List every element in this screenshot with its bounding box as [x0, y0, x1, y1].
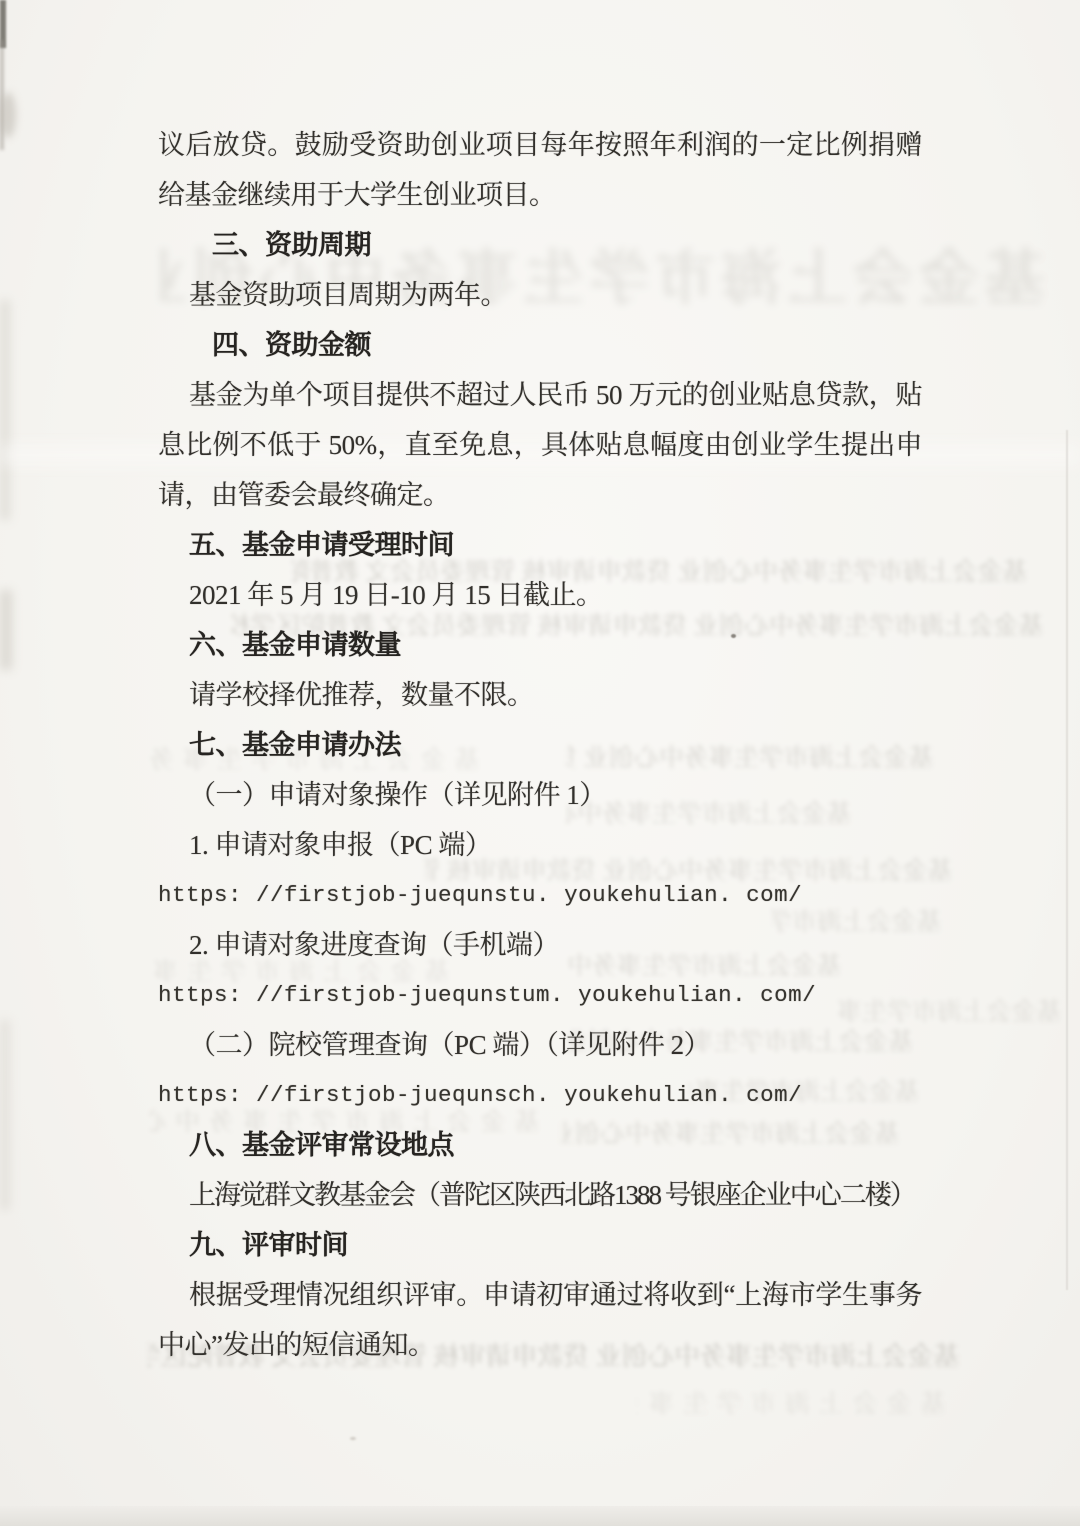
paragraph-applicant-declare-pc: 1. 申请对象申报（PC 端） [158, 820, 922, 870]
scan-smudge [0, 1020, 10, 1210]
url-school-admin: https: //firstjob-juequnsch. youkehulian… [158, 1070, 922, 1120]
scan-edge-mark [0, 0, 6, 48]
heading-application-method: 七、基金申请办法 [158, 720, 922, 770]
ink-speck [350, 1437, 356, 1440]
document-body: 议后放贷。鼓励受资助创业项目每年按照年利润的一定比例捐赠给基金继续用于大学生创业… [158, 120, 922, 1370]
paragraph-intro-continuation: 议后放贷。鼓励受资助创业项目每年按照年利润的一定比例捐赠给基金继续用于大学生创业… [158, 120, 922, 220]
paragraph-funding-period: 基金资助项目周期为两年。 [158, 270, 922, 320]
page-bottom-edge [0, 1506, 1080, 1526]
scanned-document-page: 基金会上海市学生事务中心创业 贷款申请审核 管理委员会文 教普陀区学校 项目通知… [0, 0, 1080, 1526]
url-pc-application: https: //firstjob-juequnstu. youkehulian… [158, 870, 922, 920]
heading-funding-amount: 四、资助金额 [158, 320, 922, 370]
paragraph-applicant-progress-mobile: 2. 申请对象进度查询（手机端） [158, 920, 922, 970]
heading-review-location: 八、基金评审常设地点 [158, 1120, 922, 1170]
heading-application-acceptance-time: 五、基金申请受理时间 [158, 520, 922, 570]
scan-smudge [0, 92, 16, 138]
paragraph-application-acceptance-time: 2021 年 5 月 19 日-10 月 15 日截止。 [158, 570, 922, 620]
scan-smudge [0, 300, 10, 520]
paragraph-review-time: 根据受理情况组织评审。申请初审通过将收到“上海市学生事务中心”发出的短信通知。 [158, 1270, 922, 1370]
paragraph-applicant-operation: （一）申请对象操作（详见附件 1） [158, 770, 922, 820]
scan-fold-line [1066, 430, 1068, 1290]
url-mobile-progress: https: //firstjob-juequnstum. youkehulia… [158, 970, 922, 1020]
paragraph-application-quantity: 请学校择优推荐，数量不限。 [158, 670, 922, 720]
scan-edge-mark [0, 40, 4, 150]
paragraph-school-admin-query: （二）院校管理查询（PC 端）（详见附件 2） [158, 1020, 922, 1070]
scan-smudge [0, 590, 12, 670]
bleed-through-text: 基金会上海市学生事务中心创业 贷款申请审核 管理委员会文 教普陀区学校 项目通知… [636, 1388, 946, 1422]
heading-funding-period: 三、资助周期 [158, 220, 922, 270]
heading-review-time: 九、评审时间 [158, 1220, 922, 1270]
paragraph-review-location: 上海觉群文教基金会（普陀区陕西北路1388 号银座企业中心二楼） [158, 1170, 922, 1220]
paragraph-funding-amount: 基金为单个项目提供不超过人民币 50 万元的创业贴息贷款，贴息比例不低于 50%… [158, 370, 922, 520]
heading-application-quantity: 六、基金申请数量 [158, 620, 922, 670]
